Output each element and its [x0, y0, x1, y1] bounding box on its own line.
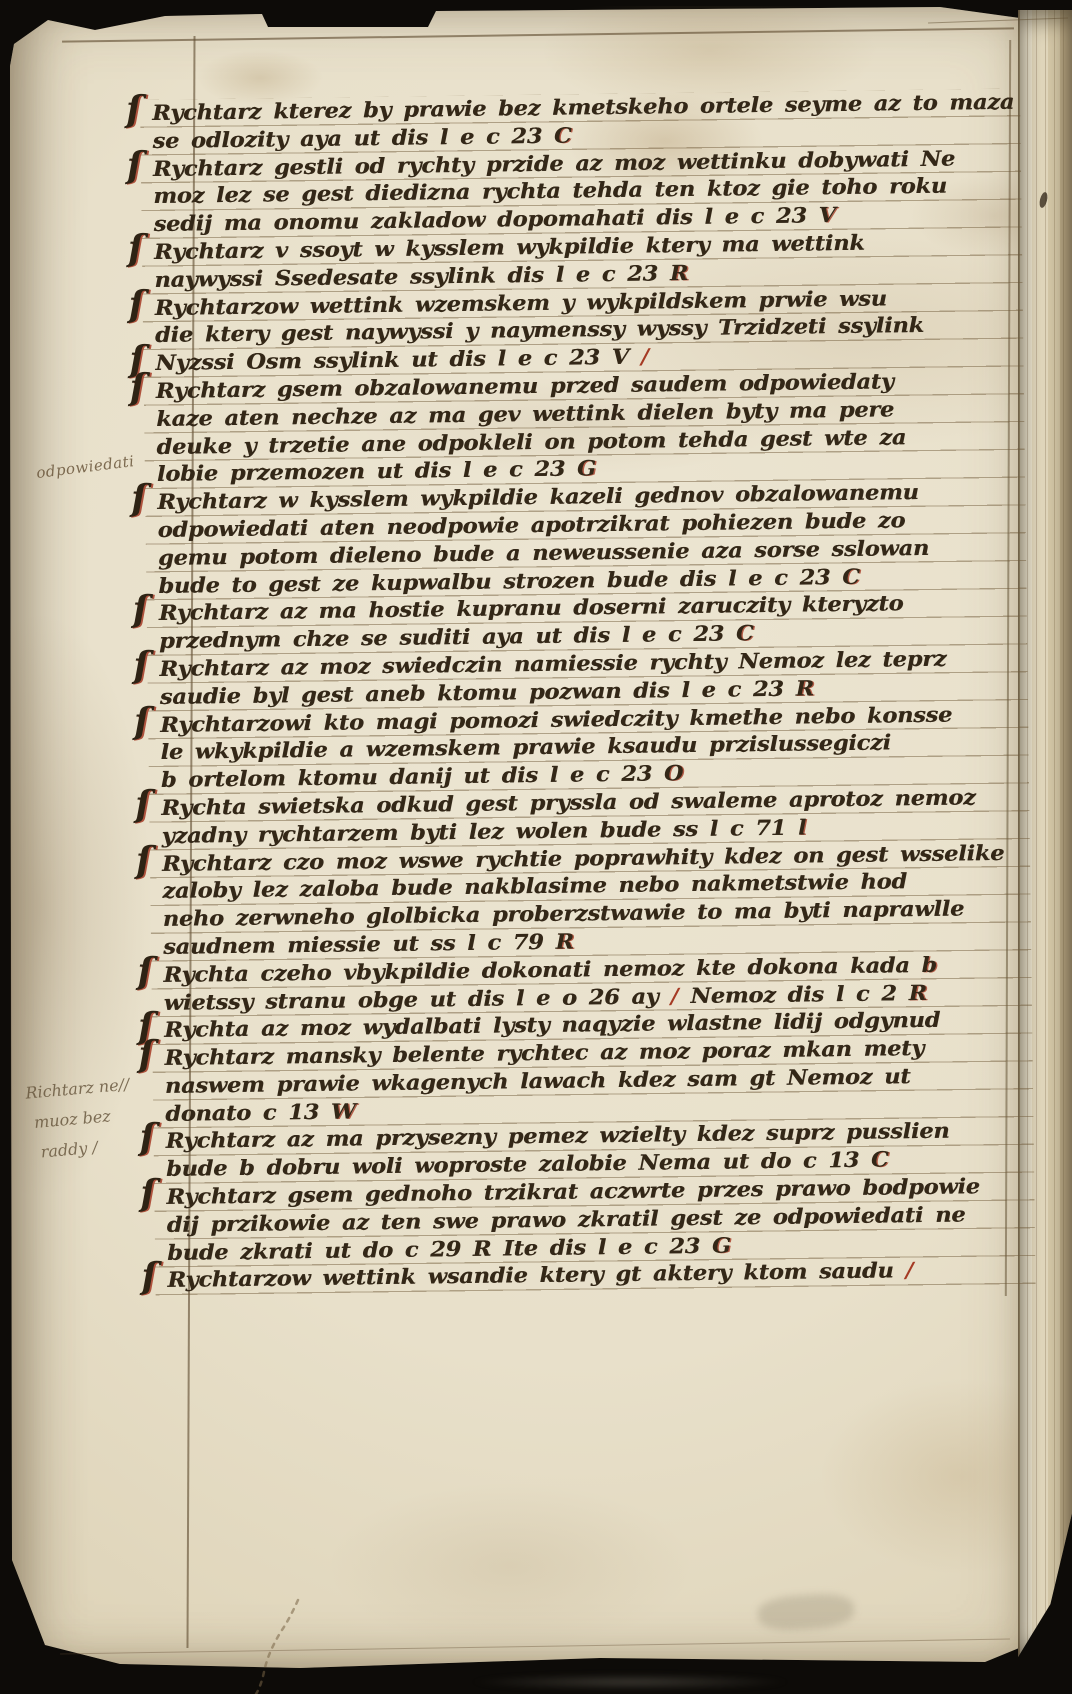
- paragraph-initial: ſ: [140, 1179, 156, 1207]
- paragraph-initial: ſ: [134, 707, 150, 735]
- text-block: ſ Rychtarz kterez by prawie bez kmetskeh…: [152, 88, 1038, 1295]
- paragraph-initial: ſ: [132, 595, 148, 623]
- paragraph-initial: ſ: [128, 234, 144, 262]
- paragraph-initial: ſ: [139, 1124, 155, 1152]
- paragraph-initial: ſ: [141, 1263, 157, 1291]
- manuscript-photo: ſ Rychtarz kterez by prawie bez kmetskeh…: [0, 0, 1072, 1694]
- paragraph-initial: ſ: [130, 373, 146, 401]
- paragraph-initial: ſ: [126, 95, 142, 123]
- margin-note-richtarz: Richtarz ne// muoz bez raddy /: [24, 1070, 136, 1169]
- bottom-smudge: [470, 1674, 790, 1690]
- paragraph-initial: ſ: [128, 290, 144, 318]
- paragraph-initial: ſ: [138, 1040, 154, 1068]
- text-line-content: donato c 13 W: [165, 1097, 356, 1127]
- paragraph-initial: ſ: [136, 846, 152, 874]
- paragraph-initial: ſ: [127, 151, 143, 179]
- paragraph-initial: ſ: [135, 790, 151, 818]
- paragraph-initial: ſ: [131, 484, 147, 512]
- pen-trial-doodle: [236, 1596, 326, 1694]
- paragraph-initial: ſ: [133, 651, 149, 679]
- paragraph-initial: ſ: [137, 957, 153, 985]
